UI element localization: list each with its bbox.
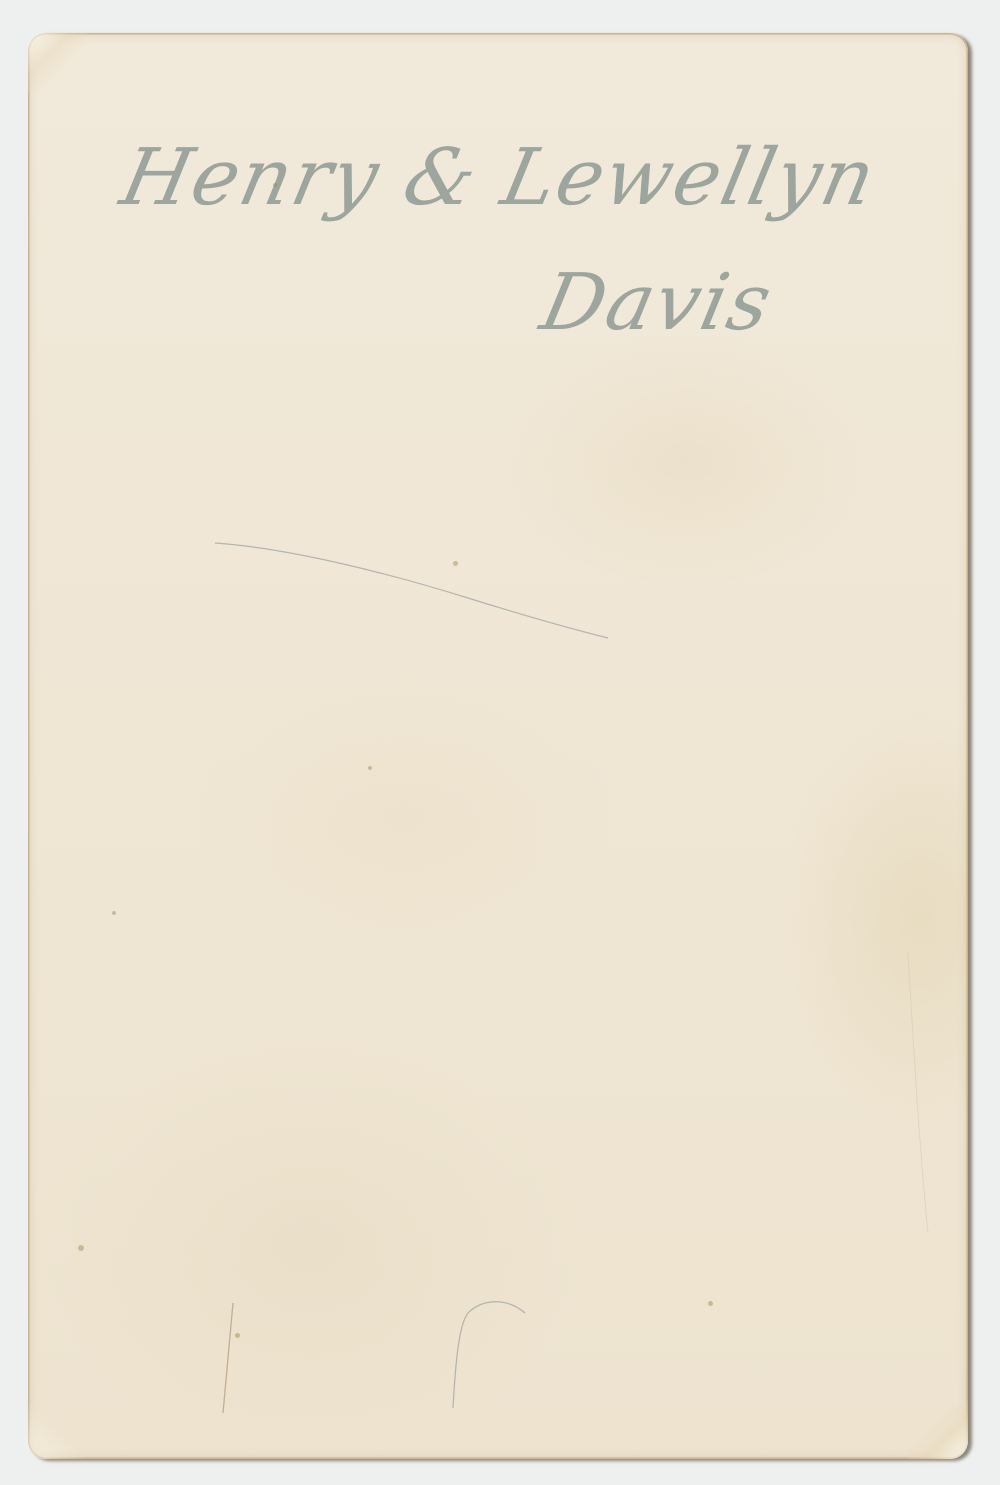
foxing-spot xyxy=(235,1333,240,1338)
foxing-spot xyxy=(78,1245,84,1251)
foxing-spot xyxy=(453,561,458,566)
cabinet-card-back: Henry & Lewellyn Davis xyxy=(28,33,968,1459)
foxing-spot xyxy=(708,1301,713,1306)
pencil-stray-marks xyxy=(28,33,968,1459)
foxing-spot xyxy=(112,911,116,915)
foxing-spot xyxy=(368,766,372,770)
foxing-spot xyxy=(273,183,277,187)
